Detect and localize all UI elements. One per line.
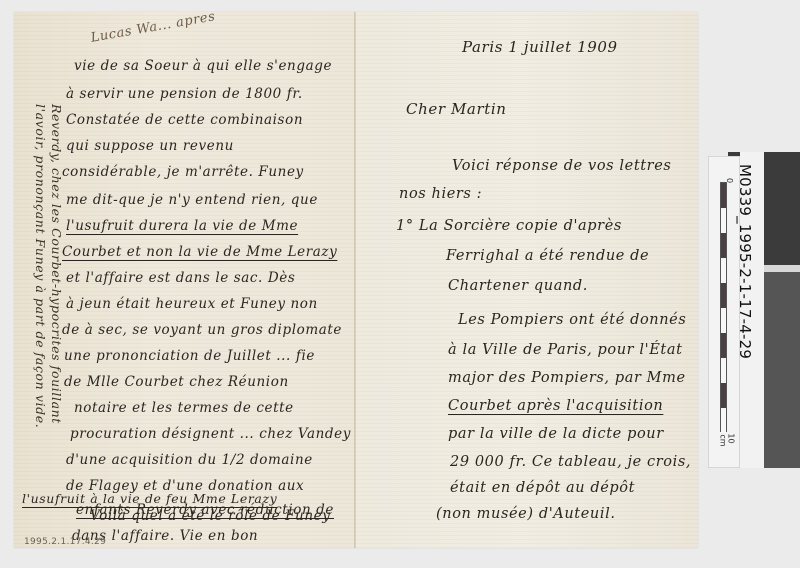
left-line-6: me dit-que je n'y entend rien, que <box>66 192 318 208</box>
left-line-12: une prononciation de Juillet ... fie <box>64 348 315 364</box>
right-line-13b: (non musée) d'Auteuil. <box>436 506 616 522</box>
left-line-7: l'usufruit durera la vie de Mme <box>66 218 298 234</box>
right-line-5: Chartener quand. <box>448 278 588 294</box>
left-line-4: qui suppose un revenu <box>66 138 234 154</box>
right-line-3: 1° La Sorcière copie d'après <box>396 218 622 234</box>
right-line-2: nos hiers : <box>399 186 482 202</box>
letter-date: Paris 1 juillet 1909 <box>462 38 618 56</box>
left-line-13: de Mlle Courbet chez Réunion <box>64 374 289 390</box>
right-line-9: Courbet après l'acquisition <box>448 398 663 414</box>
left-line-3: Constatée de cette combinaison <box>66 112 303 128</box>
left-line-9: et l'affaire est dans le sac. Dès <box>66 270 295 286</box>
left-line-10: à jeun était heureux et Funey non <box>66 296 318 312</box>
inventory-number: 1995.2.1.17.4.29 <box>24 537 106 547</box>
ruler-tick-end: 10 <box>727 433 736 443</box>
right-line-6: Les Pompiers ont été donnés <box>458 312 686 328</box>
left-line-11: de à sec, se voyant un gros diplomate <box>62 322 342 338</box>
ruler-unit: cm <box>719 434 728 446</box>
left-line-16: d'une acquisition du 1/2 domaine <box>66 452 313 468</box>
right-line-8: major des Pompiers, par Mme <box>448 370 686 386</box>
left-line-19b: l'usufruit à la vie de feu Mme Lerazy <box>22 491 277 506</box>
left-line-1: vie de sa Soeur à qui elle s'engage <box>74 58 332 74</box>
right-line-1: Voici réponse de vos lettres <box>452 158 671 174</box>
center-fold <box>354 12 356 548</box>
color-scale-target: 0 10 cm M0339_1995-2-1-17-4-29 <box>708 152 800 468</box>
right-line-4: Ferrighal a été rendue de <box>446 248 649 264</box>
letter-paper: Lucas Wa... apres vie de sa Soeur à qui … <box>14 12 698 548</box>
right-line-7: à la Ville de Paris, pour l'État <box>448 342 683 358</box>
left-line-15: procuration désignent ... chez Vandey <box>70 426 351 442</box>
left-line-8: Courbet et non la vie de Mme Lerazy <box>62 244 337 260</box>
right-line-10: par la ville de la dicte pour <box>448 426 664 442</box>
letter-salutation: Cher Martin <box>406 100 507 118</box>
left-line-2: à servir une pension de 1800 fr. <box>66 86 303 102</box>
left-line-14: notaire et les termes de cette <box>74 400 294 416</box>
ruler-tick-start: 0 <box>725 178 734 183</box>
left-line-5: considérable, je m'arrête. Funey <box>62 164 304 180</box>
right-line-11: 29 000 fr. Ce tableau, je crois, <box>450 454 691 470</box>
right-line-12: était en dépôt au dépôt <box>450 480 635 496</box>
scale-label: M0339_1995-2-1-17-4-29 <box>736 164 754 359</box>
left-line-20b: Voilà quel a été le rôle de Funey <box>90 508 330 524</box>
cm-ruler <box>720 182 727 432</box>
left-margin-note: Reverdy, chez les Courbet-hypocrites fou… <box>32 104 64 428</box>
